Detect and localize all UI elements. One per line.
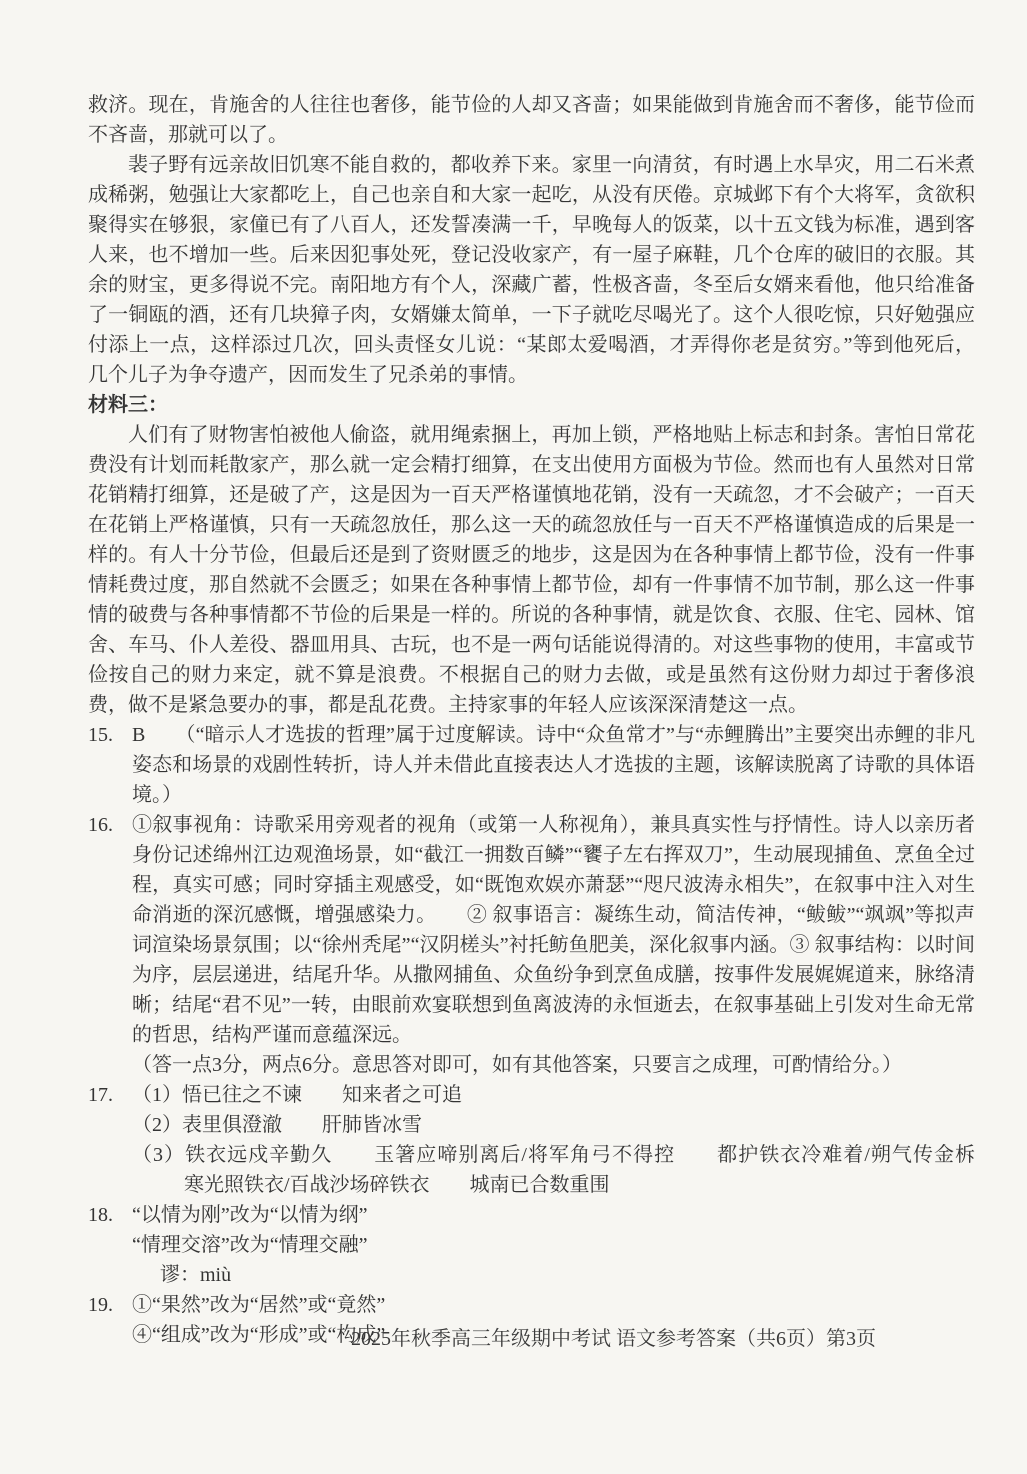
paragraph-material-3: 人们有了财物害怕被他人偷盗，就用绳索捆上，再加上锁，严格地贴上标志和封条。害怕日… [88,420,975,720]
answer-15-explanation: （“暗示人才选拔的哲理”属于过度解读。诗中“众鱼常才”与“赤鲤腾出”主要突出赤鲤… [132,724,975,806]
answer-16-text: ①叙事视角：诗歌采用旁观者的视角（或第一人称视角），兼具真实性与抒情性。诗人以亲… [132,810,975,1050]
answer-17-body: （1）悟已往之不谏 知来者之可追 （2）表里俱澄澈 肝肺皆冰雪 （3）铁衣远戍辛… [132,1080,975,1200]
question-number-17: 17. [88,1080,132,1110]
answer-18-line-3: 谬：miù [160,1260,975,1290]
answer-16-scoring-note: （答一点3分，两点6分。意思答对即可，如有其他答案，只要言之成理，可酌情给分。） [132,1050,975,1080]
page-footer: 2025年秋季高三年级期中考试 语文参考答案（共6页）第3页 [200,1322,1027,1351]
answer-18-line-1: “以情为刚”改为“以情为纲” [132,1200,975,1230]
material-3-heading: 材料三： [88,390,975,420]
paragraph-pei-ziye: 裴子野有远亲故旧饥寒不能自救的，都收养下来。家里一向清贫，有时遇上水旱灾，用二石… [88,150,975,390]
question-number-16: 16. [88,810,132,840]
answer-17-line-3: （3）铁衣远戍辛勤久 玉箸应啼别离后/将军角弓不得控 都护铁衣冷难着/朔气传金柝… [132,1140,975,1200]
answer-item-18: 18. “以情为刚”改为“以情为纲” “情理交溶”改为“情理交融” 谬：miù [88,1200,975,1290]
question-number-15: 15. [88,720,132,750]
question-number-18: 18. [88,1200,132,1230]
document-body: 救济。现在，肯施舍的人往往也奢侈，能节俭的人却又吝啬；如果能做到肯施舍而不奢侈，… [88,90,975,1350]
exam-answer-page: 救济。现在，肯施舍的人往往也奢侈，能节俭的人却又吝啬；如果能做到肯施舍而不奢侈，… [0,0,1027,1474]
answer-18-body: “以情为刚”改为“以情为纲” “情理交溶”改为“情理交融” 谬：miù [132,1200,975,1290]
answer-15-body: B（“暗示人才选拔的哲理”属于过度解读。诗中“众鱼常才”与“赤鲤腾出”主要突出赤… [132,720,975,810]
answer-15-choice: B [132,724,145,746]
answer-item-15: 15. B（“暗示人才选拔的哲理”属于过度解读。诗中“众鱼常才”与“赤鲤腾出”主… [88,720,975,810]
answer-17-line-2: （2）表里俱澄澈 肝肺皆冰雪 [132,1110,975,1140]
question-number-19: 19. [88,1290,132,1320]
answer-18-line-2: “情理交溶”改为“情理交融” [132,1230,975,1260]
answer-item-16: 16. ①叙事视角：诗歌采用旁观者的视角（或第一人称视角），兼具真实性与抒情性。… [88,810,975,1080]
answer-19-line-1: ①“果然”改为“居然”或“竟然” [132,1290,975,1320]
answer-item-17: 17. （1）悟已往之不谏 知来者之可追 （2）表里俱澄澈 肝肺皆冰雪 （3）铁… [88,1080,975,1200]
answer-17-line-1: （1）悟已往之不谏 知来者之可追 [132,1080,975,1110]
answer-16-body: ①叙事视角：诗歌采用旁观者的视角（或第一人称视角），兼具真实性与抒情性。诗人以亲… [132,810,975,1080]
paragraph-relief-continuation: 救济。现在，肯施舍的人往往也奢侈，能节俭的人却又吝啬；如果能做到肯施舍而不奢侈，… [88,90,975,150]
